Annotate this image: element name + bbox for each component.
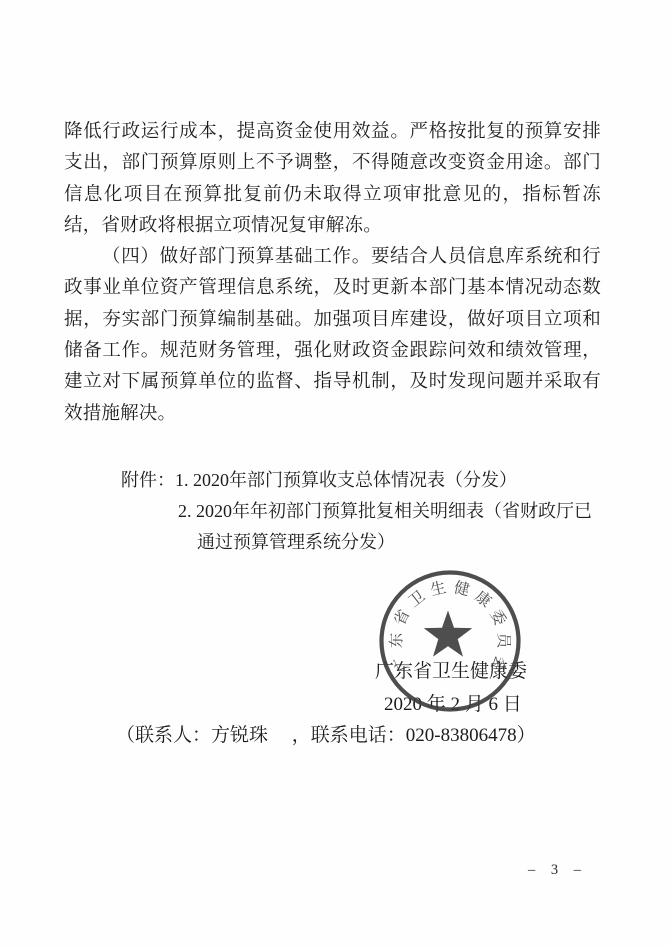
seal-arc-character: 康 [472, 587, 495, 611]
seal-arc-character: 委 [487, 607, 510, 629]
seal-arc-character: 健 [452, 578, 472, 599]
attachment-item-2-line-1: 2. 2020年年初部门预算批复相关明细表（省财政厅已 [178, 496, 621, 527]
attachment-line: 附件：1. 2020年部门预算收支总体情况表（分发） [121, 465, 621, 496]
body-text: 降低行政运行成本，提高资金使用效益。严格按批复的预算安排 支出，部门预算原则上不… [64, 117, 601, 430]
body-line: 降低行政运行成本，提高资金使用效益。严格按批复的预算安排 [64, 117, 601, 148]
contact-line: （联系人：方锐珠 ，联系电话：020-83806478） [116, 720, 536, 747]
seal-arc-character: 省 [390, 606, 413, 628]
body-line: 效措施解决。 [64, 399, 601, 430]
seal-arc-character: 卫 [405, 587, 428, 611]
body-line: 建立对下属预算单位的监督、指导机制，及时发现问题并采取有 [64, 367, 601, 398]
attachment-item-2-line-2: 通过预算管理系统分发） [197, 527, 621, 558]
body-line: 支出，部门预算原则上不予调整，不得随意改变资金用途。部门 [64, 148, 601, 179]
page-number: – 3 – [528, 862, 587, 879]
attachment-block: 附件：1. 2020年部门预算收支总体情况表（分发） 2. 2020年年初部门预… [121, 465, 621, 558]
body-line: 储备工作。规范财务管理，强化财政资金跟踪问效和绩效管理， [64, 336, 601, 367]
body-line: 信息化项目在预算批复前仍未取得立项审批意见的，指标暂冻 [64, 180, 601, 211]
attachment-label: 附件： [121, 470, 175, 490]
scanned-document-page: 降低行政运行成本，提高资金使用效益。严格按批复的预算安排 支出，部门预算原则上不… [0, 0, 670, 948]
issue-date: 2020 年 2 月 6 日 [384, 689, 522, 716]
issuing-agency-name: 广东省卫生健康委 [375, 656, 527, 683]
seal-arc-character: 生 [429, 578, 448, 599]
body-line: 据，夯实部门预算编制基础。加强项目库建设，做好项目立项和 [64, 305, 601, 336]
five-pointed-star-icon [424, 611, 473, 657]
body-line: 政事业单位资产管理信息系统，及时更新本部门基本情况动态数 [64, 273, 601, 304]
seal-arc-character: 东 [387, 632, 405, 648]
seal-arc-character: 员 [494, 633, 512, 650]
body-line-section-4: （四）做好部门预算基础工作。要结合人员信息库系统和行 [64, 242, 601, 273]
attachment-item-1: 1. 2020年部门预算收支总体情况表（分发） [175, 470, 517, 490]
body-line: 结，省财政将根据立项情况复审解冻。 [64, 211, 601, 242]
